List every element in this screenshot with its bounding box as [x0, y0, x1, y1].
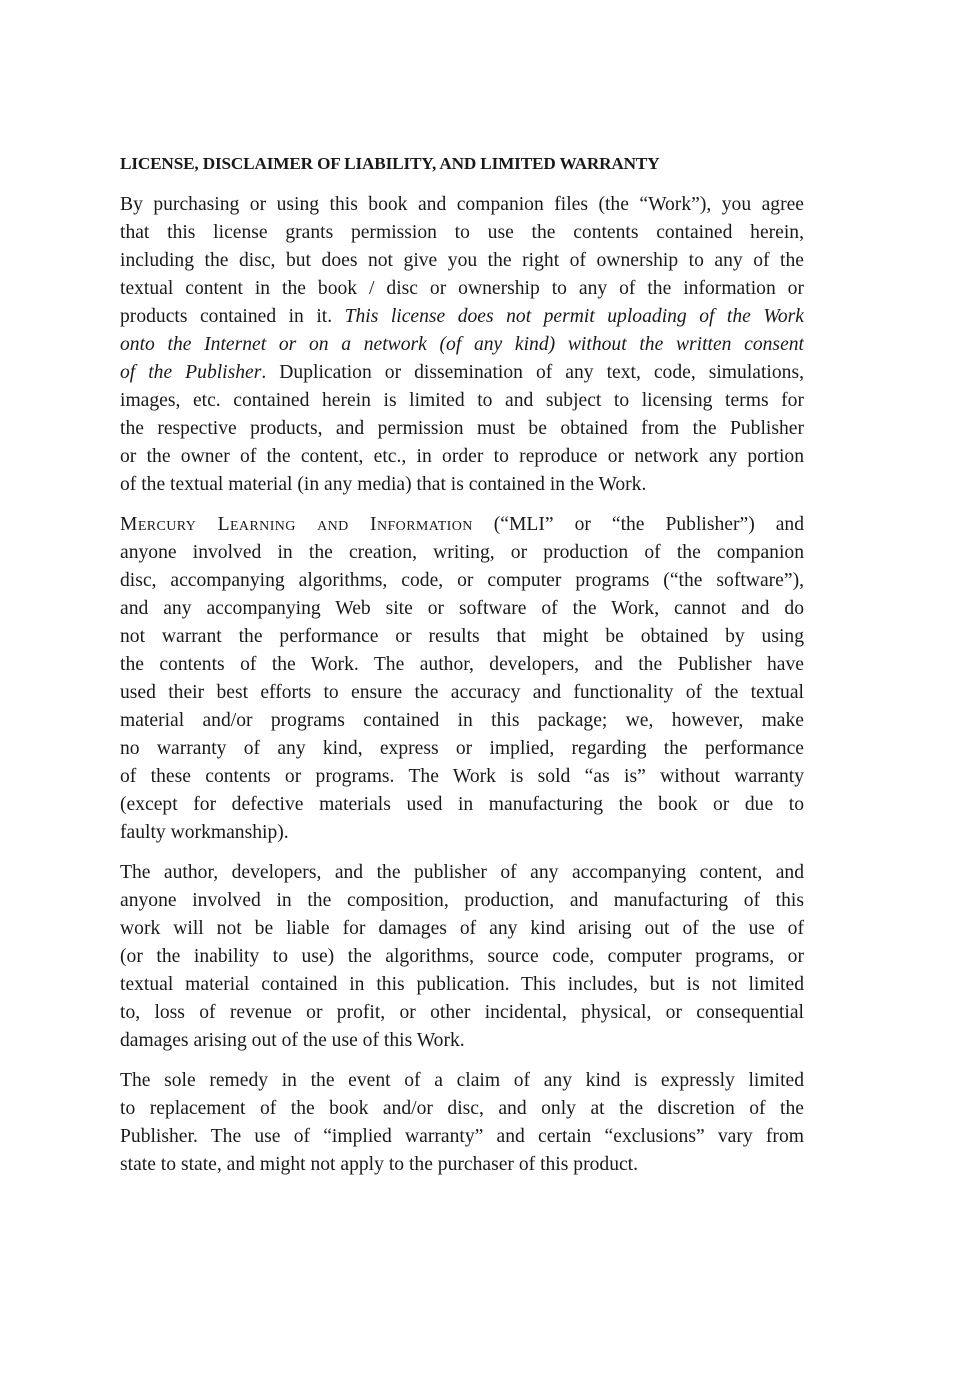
text-line: anyone involved in the composition, prod…	[120, 887, 804, 915]
text-fragment: (“MLI” or “the Publisher”) and	[494, 514, 804, 535]
text-line: material and/or programs contained in th…	[120, 707, 804, 735]
text-fragment: . Duplication or dissemination of any te…	[261, 362, 804, 383]
text-line: products contained in it. This license d…	[120, 303, 804, 331]
text-line: that this license grants permission to u…	[120, 219, 804, 247]
section-heading: LICENSE, DISCLAIMER OF LIABILITY, AND LI…	[120, 153, 804, 175]
text-line: of these contents or programs. The Work …	[120, 763, 804, 791]
text-line: textual material contained in this publi…	[120, 971, 804, 999]
text-line: (except for defective materials used in …	[120, 791, 804, 819]
text-line: faulty workmanship).	[120, 819, 804, 847]
text-line: disc, accompanying algorithms, code, or …	[120, 567, 804, 595]
paragraph-license-grant: By purchasing or using this book and com…	[120, 191, 804, 499]
publisher-name: Mercury Learning and Information	[120, 514, 473, 535]
text-line: work will not be liable for damages of a…	[120, 915, 804, 943]
text-line: used their best efforts to ensure the ac…	[120, 679, 804, 707]
paragraph-sole-remedy: The sole remedy in the event of a claim …	[120, 1067, 804, 1179]
text-line: and any accompanying Web site or softwar…	[120, 595, 804, 623]
text-line: anyone involved in the creation, writing…	[120, 539, 804, 567]
text-line: The author, developers, and the publishe…	[120, 859, 804, 887]
text-line: Publisher. The use of “implied warranty”…	[120, 1123, 804, 1151]
text-line: to replacement of the book and/or disc, …	[120, 1095, 804, 1123]
text-line: images, etc. contained herein is limited…	[120, 387, 804, 415]
text-line: including the disc, but does not give yo…	[120, 247, 804, 275]
text-line: damages arising out of the use of this W…	[120, 1027, 804, 1055]
text-line: of the Publisher. Duplication or dissemi…	[120, 359, 804, 387]
text-line: or the owner of the content, etc., in or…	[120, 443, 804, 471]
italic-restriction-text: onto the Internet or on a network (of an…	[120, 331, 804, 359]
text-fragment: products contained in it.	[120, 306, 332, 327]
text-line: state to state, and might not apply to t…	[120, 1151, 804, 1179]
paragraph-liability: The author, developers, and the publishe…	[120, 859, 804, 1055]
text-line: (or the inability to use) the algorithms…	[120, 943, 804, 971]
text-line: no warranty of any kind, express or impl…	[120, 735, 804, 763]
text-line: textual content in the book / disc or ow…	[120, 275, 804, 303]
text-line: By purchasing or using this book and com…	[120, 191, 804, 219]
license-page: LICENSE, DISCLAIMER OF LIABILITY, AND LI…	[120, 153, 804, 1191]
italic-restriction-text: This license does not permit uploading o…	[345, 306, 804, 327]
text-line: the contents of the Work. The author, de…	[120, 651, 804, 679]
text-line: of the textual material (in any media) t…	[120, 471, 804, 499]
paragraph-no-warranty: Mercury Learning and Information (“MLI” …	[120, 511, 804, 847]
text-line: not warrant the performance or results t…	[120, 623, 804, 651]
text-line: Mercury Learning and Information (“MLI” …	[120, 511, 804, 539]
text-line: to, loss of revenue or profit, or other …	[120, 999, 804, 1027]
italic-restriction-text: of the Publisher	[120, 362, 261, 383]
text-line: the respective products, and permission …	[120, 415, 804, 443]
text-line: The sole remedy in the event of a claim …	[120, 1067, 804, 1095]
